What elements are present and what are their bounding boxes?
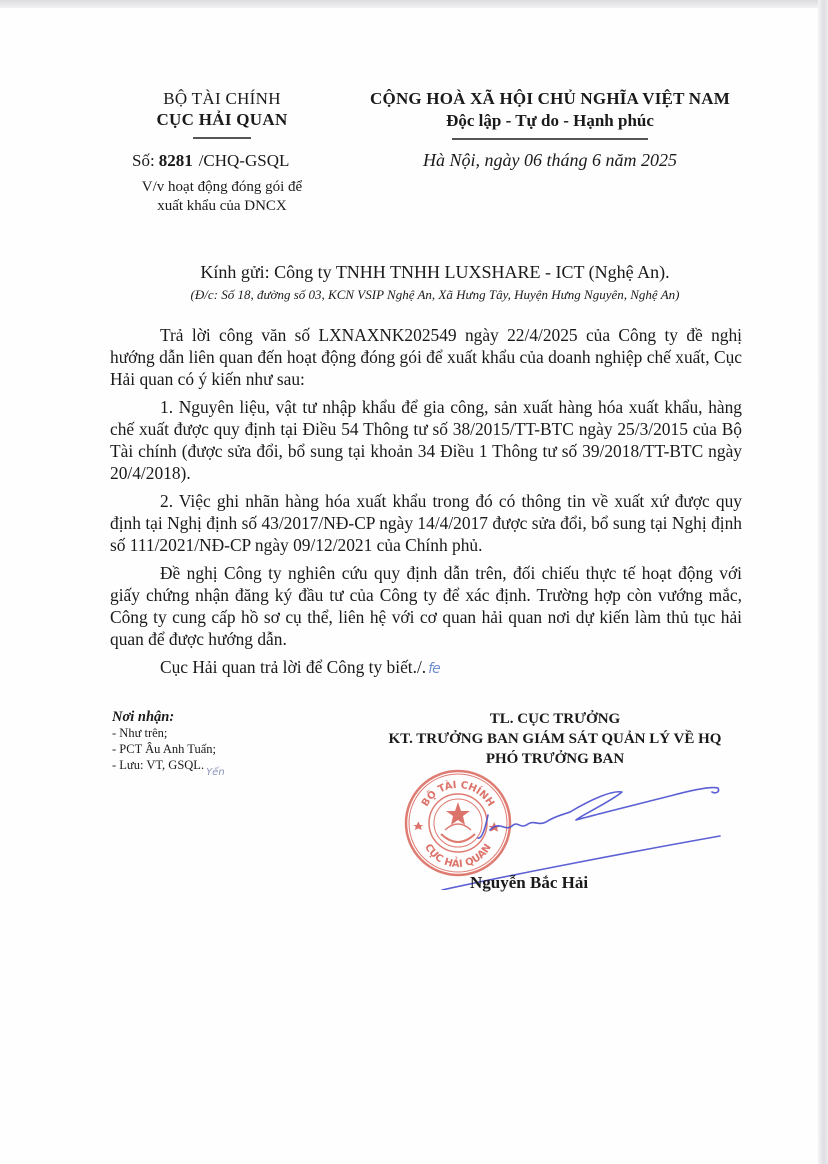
subject-line-2: xuất khẩu của DNCX	[130, 197, 314, 216]
doc-number-code: /CHQ-GSQL	[199, 151, 290, 170]
signer-title-2: KT. TRƯỞNG BAN GIÁM SÁT QUẢN LÝ VỀ HQ	[330, 729, 780, 749]
signer-title-3: PHÓ TRƯỞNG BAN	[330, 749, 780, 769]
body-point-2: 2. Việc ghi nhãn hàng hóa xuất khẩu tron…	[110, 490, 742, 556]
signature-title-block: TL. CỤC TRƯỞNG KT. TRƯỞNG BAN GIÁM SÁT Q…	[330, 709, 780, 769]
body-intro: Trả lời công văn số LXNAXNK202549 ngày 2…	[110, 324, 742, 390]
recipient-address: (Đ/c: Số 18, đường số 03, KCN VSIP Nghệ …	[110, 287, 760, 303]
distribution-item: - Như trên;	[112, 725, 322, 741]
handwritten-initials: Yến	[206, 767, 225, 778]
issuing-agency-block: BỘ TÀI CHÍNH CỤC HẢI QUAN	[112, 88, 332, 139]
distribution-item-text: - Lưu: VT, GSQL.	[112, 758, 204, 772]
subject-line-1: V/v hoạt động đóng gói để	[130, 178, 314, 197]
doc-number-value: 8281	[159, 151, 193, 170]
page-right-edge	[818, 0, 828, 1164]
letter-body: Trả lời công văn số LXNAXNK202549 ngày 2…	[110, 324, 742, 686]
doc-number-label: Số:	[132, 151, 155, 170]
national-header: CỘNG HOÀ XÃ HỘI CHỦ NGHĨA VIỆT NAM Độc l…	[355, 88, 745, 140]
distribution-title: Nơi nhận:	[112, 709, 322, 725]
distribution-item: - PCT Âu Anh Tuấn;	[112, 741, 322, 757]
national-motto: Độc lập - Tự do - Hạnh phúc	[355, 110, 745, 132]
document-number: Số:8281/CHQ-GSQL	[132, 151, 289, 171]
agency-underline	[193, 137, 251, 139]
signer-title-1: TL. CỤC TRƯỞNG	[330, 709, 780, 729]
document-subject: V/v hoạt động đóng gói để xuất khẩu của …	[130, 178, 314, 216]
handwritten-initial-mark: fe	[428, 661, 440, 677]
ministry-name: BỘ TÀI CHÍNH	[112, 88, 332, 109]
body-closing: Cục Hải quan trả lời để Công ty biết./.	[160, 657, 426, 677]
recipient-line: Kính gửi: Công ty TNHH TNHH LUXSHARE - I…	[110, 262, 760, 283]
distribution-item: - Lưu: VT, GSQL.Yến	[112, 757, 322, 775]
body-request: Đề nghị Công ty nghiên cứu quy định dẫn …	[110, 562, 742, 650]
body-closing-paragraph: Cục Hải quan trả lời để Công ty biết./.f…	[110, 656, 742, 680]
motto-underline	[452, 138, 648, 140]
nation-title: CỘNG HOÀ XÃ HỘI CHỦ NGHĨA VIỆT NAM	[355, 88, 745, 110]
place-date: Hà Nội, ngày 06 tháng 6 năm 2025	[355, 150, 745, 171]
distribution-list: Nơi nhận: - Như trên; - PCT Âu Anh Tuấn;…	[112, 709, 322, 775]
body-point-1: 1. Nguyên liệu, vật tư nhập khẩu để gia …	[110, 396, 742, 484]
signer-name: Nguyễn Bắc Hải	[470, 873, 650, 893]
agency-name: CỤC HẢI QUAN	[112, 109, 332, 130]
page-top-edge	[0, 0, 828, 8]
